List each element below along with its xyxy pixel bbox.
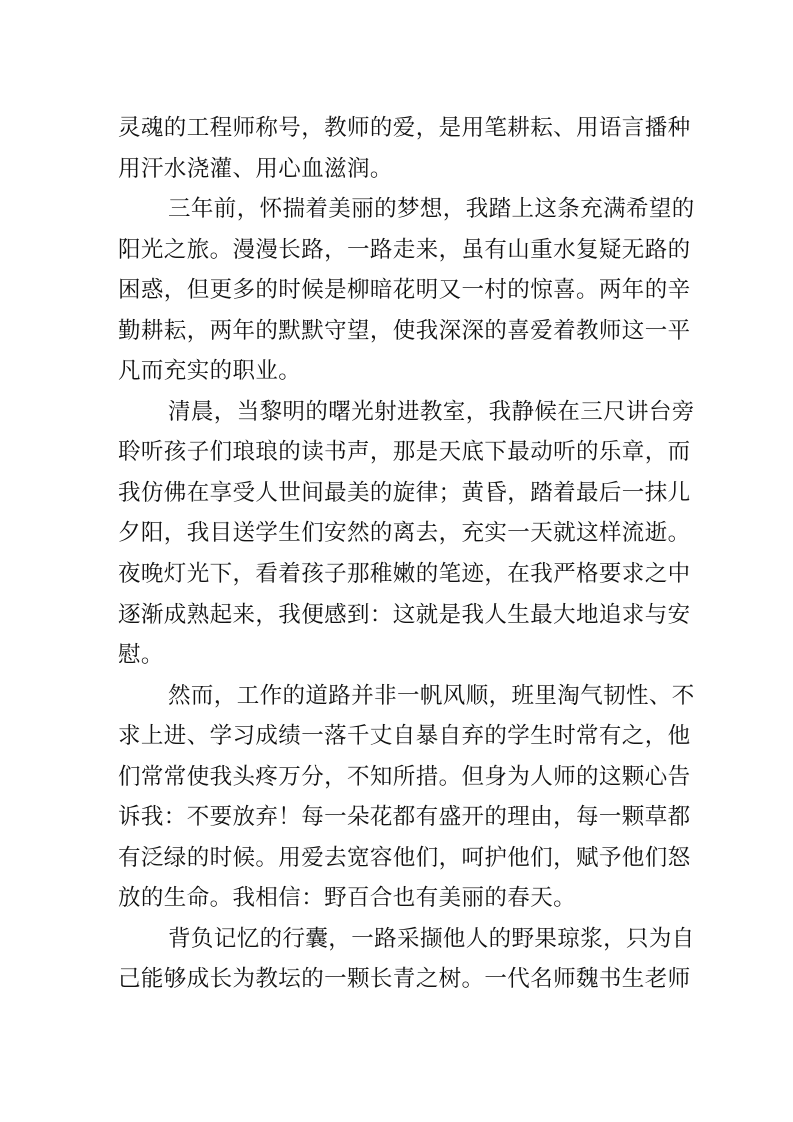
- text-line: 用汗水浇灌、用心血滋润。: [118, 149, 678, 190]
- text-line: 聆听孩子们琅琅的读书声，那是天底下最动听的乐章，而: [118, 432, 678, 473]
- text-line: 慰。: [118, 635, 678, 676]
- text-line: 诉我：不要放弃！每一朵花都有盛开的理由，每一颗草都: [118, 797, 678, 838]
- paragraph-start-line: 背负记忆的行囊，一路采撷他人的野果琼浆，只为自: [118, 919, 678, 960]
- text-line: 夜晚灯光下，看着孩子那稚嫩的笔迹，在我严格要求之中: [118, 554, 678, 595]
- text-line: 求上进、学习成绩一落千丈自暴自弃的学生时常有之，他: [118, 716, 678, 757]
- text-line: 们常常使我头疼万分，不知所措。但身为人师的这颗心告: [118, 757, 678, 798]
- paragraph-start-line: 然而，工作的道路并非一帆风顺，班里淘气韧性、不: [118, 676, 678, 717]
- text-line: 我仿佛在享受人世间最美的旋律；黄昏，踏着最后一抹儿: [118, 473, 678, 514]
- text-line: 阳光之旅。漫漫长路，一路走来，虽有山重水复疑无路的: [118, 230, 678, 271]
- text-line: 夕阳，我目送学生们安然的离去，充实一天就这样流逝。: [118, 513, 678, 554]
- text-line: 灵魂的工程师称号，教师的爱，是用笔耕耘、用语言播种: [118, 108, 678, 149]
- document-page: 灵魂的工程师称号，教师的爱，是用笔耕耘、用语言播种 用汗水浇灌、用心血滋润。 三…: [0, 0, 793, 1122]
- text-line: 己能够成长为教坛的一颗长青之树。一代名师魏书生老师: [118, 959, 678, 1000]
- text-line: 放的生命。我相信：野百合也有美丽的春天。: [118, 878, 678, 919]
- paragraph-start-line: 三年前，怀揣着美丽的梦想，我踏上这条充满希望的: [118, 189, 678, 230]
- document-body: 灵魂的工程师称号，教师的爱，是用笔耕耘、用语言播种 用汗水浇灌、用心血滋润。 三…: [118, 108, 678, 1000]
- text-line: 困惑，但更多的时候是柳暗花明又一村的惊喜。两年的辛: [118, 270, 678, 311]
- text-line: 逐渐成熟起来，我便感到：这就是我人生最大地追求与安: [118, 595, 678, 636]
- text-line: 有泛绿的时候。用爱去宽容他们，呵护他们，赋予他们怒: [118, 838, 678, 879]
- text-line: 凡而充实的职业。: [118, 351, 678, 392]
- text-line: 勤耕耘，两年的默默守望，使我深深的喜爱着教师这一平: [118, 311, 678, 352]
- paragraph-start-line: 清晨，当黎明的曙光射进教室，我静候在三尺讲台旁: [118, 392, 678, 433]
